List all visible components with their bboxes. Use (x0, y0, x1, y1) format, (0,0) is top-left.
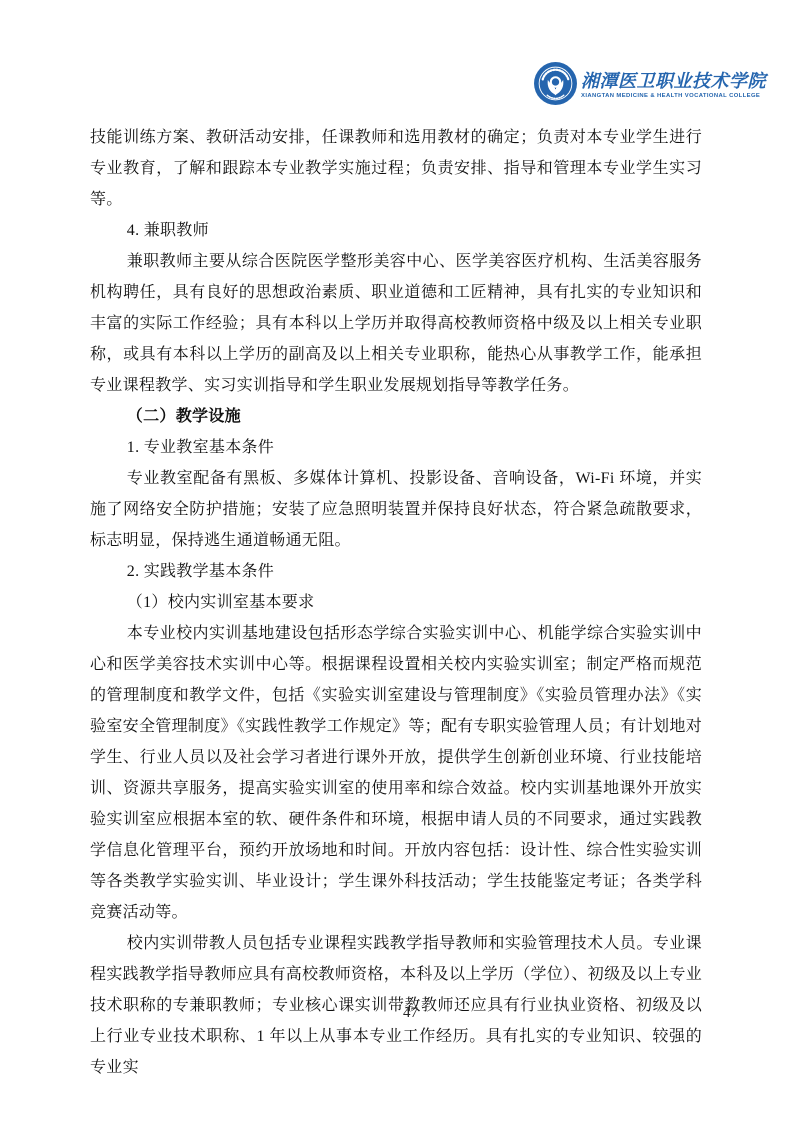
heading-practice-teaching-conditions: 2. 实践教学基本条件 (90, 556, 702, 587)
paragraph-part-time-teachers: 兼职教师主要从综合医院医学整形美容中心、医学美容医疗机构、生活美容服务机构聘任，… (90, 246, 702, 401)
college-name-zh: 湘潭医卫职业技术学院 (581, 72, 766, 92)
heading-teaching-facilities: （二）教学设施 (90, 401, 702, 432)
college-logotype: 湘潭医卫职业技术学院 XIANGTAN MEDICINE & HEALTH VO… (581, 72, 766, 100)
document-page: 湘潭医卫职业技术学院 XIANGTAN MEDICINE & HEALTH VO… (0, 0, 793, 1122)
paragraph-classroom-conditions: 专业教室配备有黑板、多媒体计算机、投影设备、音响设备，Wi-Fi 环境，并实施了… (90, 463, 702, 556)
college-name-en: XIANGTAN MEDICINE & HEALTH VOCATIONAL CO… (581, 92, 762, 100)
heading-campus-training-room-requirements: （1）校内实训室基本要求 (90, 587, 702, 618)
page-number: 47 (403, 1005, 418, 1022)
document-body: 技能训练方案、教研活动安排，任课教师和选用教材的确定；负责对本专业学生进行专业教… (90, 122, 702, 1083)
page-footer: 47 (0, 1004, 793, 1022)
college-seal-icon (533, 61, 578, 111)
heading-part-time-teachers: 4. 兼职教师 (90, 215, 702, 246)
paragraph-campus-training-base: 本专业校内实训基地建设包括形态学综合实验实训中心、机能学综合实验实训中心和医学美… (90, 618, 702, 928)
paragraph-continuation: 技能训练方案、教研活动安排，任课教师和选用教材的确定；负责对本专业学生进行专业教… (90, 122, 702, 215)
heading-classroom-conditions: 1. 专业教室基本条件 (90, 432, 702, 463)
page-header: 湘潭医卫职业技术学院 XIANGTAN MEDICINE & HEALTH VO… (533, 62, 698, 110)
